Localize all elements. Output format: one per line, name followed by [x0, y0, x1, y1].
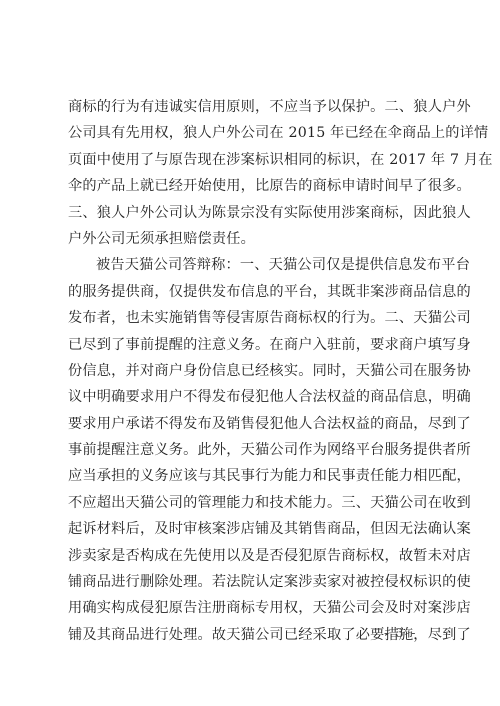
- text-line: 份信息，并对商户身份信息已经核实。同时，天猫公司在服务协: [68, 358, 440, 384]
- text-line: 的服务提供商，仅提供发布信息的平台，其既非案涉商品信息的: [68, 279, 440, 305]
- text-line: 铺商品进行删除处理。若法院认定案涉卖家对被控侵权标识的使: [68, 569, 440, 595]
- document-page: 商标的行为有违诚实信用原则，不应当予以保护。二、狼人户外 公司具有先用权，狼人户…: [0, 0, 500, 706]
- paragraph-start-line: 被告天猫公司答辩称：一、天猫公司仅是提供信息发布平台: [68, 252, 440, 278]
- text-line: 不应超出天猫公司的管理能力和技术能力。三、天猫公司在收到: [68, 490, 440, 516]
- text-line: 起诉材料后，及时审核案涉店铺及其销售商品，但因无法确认案: [68, 516, 440, 542]
- text-line: 商标的行为有违诚实信用原则，不应当予以保护。二、狼人户外: [68, 94, 440, 120]
- text-line: 伞的产品上就已经开始使用，比原告的商标申请时间早了很多。: [68, 173, 440, 199]
- text-line: 页面中使用了与原告现在涉案标识相同的标识，在 2017 年 7 月在: [68, 147, 440, 173]
- text-line: 应当承担的义务应该与其民事行为能力和民事责任能力相匹配，: [68, 463, 440, 489]
- text-line: 议中明确要求用户不得发布侵犯他人合法权益的商品信息，明确: [68, 384, 440, 410]
- text-line: 用确实构成侵犯原告注册商标专用权，天猫公司会及时对案涉店: [68, 595, 440, 621]
- document-body: 商标的行为有违诚实信用原则，不应当予以保护。二、狼人户外 公司具有先用权，狼人户…: [68, 94, 440, 648]
- text-line: 涉卖家是否构成在先使用以及是否侵犯原告商标权，故暂未对店: [68, 543, 440, 569]
- text-line: 三、狼人户外公司认为陈景宗没有实际使用涉案商标，因此狼人: [68, 200, 440, 226]
- text-line: 户外公司无须承担赔偿责任。: [68, 226, 440, 252]
- page-number: - 3 -: [384, 626, 417, 640]
- text-line: 已尽到了事前提醒的注意义务。在商户入驻前，要求商户填写身: [68, 332, 440, 358]
- text-line: 发布者，也未实施销售等侵害原告商标权的行为。二、天猫公司: [68, 305, 440, 331]
- text-line: 公司具有先用权，狼人户外公司在 2015 年已经在伞商品上的详情: [68, 120, 440, 146]
- text-line: 事前提醒注意义务。此外，天猫公司作为网络平台服务提供者所: [68, 437, 440, 463]
- text-line: 要求用户承诺不得发布及销售侵犯他人合法权益的商品，尽到了: [68, 411, 440, 437]
